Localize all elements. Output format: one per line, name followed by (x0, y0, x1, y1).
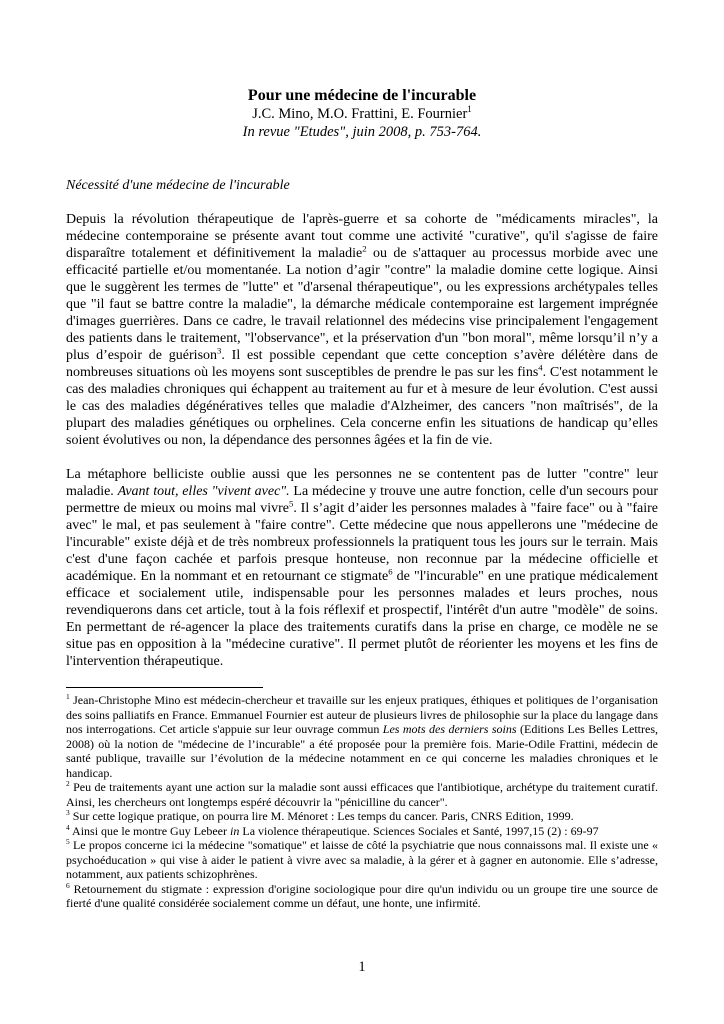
footnote-separator-rule (66, 687, 263, 688)
footnotes-section: 1 Jean-Christophe Mino est médecin-cherc… (66, 693, 658, 911)
section-heading: Nécessité d'une médecine de l'incurable (66, 177, 658, 195)
text-run: de "l'incurable" en une pratique médical… (66, 569, 658, 669)
italic-text-run: in (230, 824, 239, 838)
document-page: Pour une médecine de l'incurable J.C. Mi… (0, 0, 724, 1024)
body-paragraph: La métaphore belliciste oublie aussi que… (66, 466, 658, 670)
footnote: 6 Retournement du stigmate : expression … (66, 882, 658, 911)
text-run: ou de s'attaquer au processus morbide av… (66, 246, 658, 363)
italic-text-run: Les mots des derniers soins (383, 722, 517, 736)
text-run: Sur cette logique pratique, on pourra li… (70, 809, 574, 823)
italic-text-run: Avant tout, elles "vivent avec". (118, 484, 290, 499)
body-paragraph: Depuis la révolution thérapeutique de l'… (66, 211, 658, 449)
authors-footnote-ref: 1 (467, 104, 472, 114)
page-number: 1 (0, 958, 724, 976)
body-paragraphs: Depuis la révolution thérapeutique de l'… (66, 211, 658, 670)
text-run: Le propos concerne ici la médecine "soma… (66, 838, 658, 881)
text-run: Ainsi que le montre Guy Lebeer (70, 824, 230, 838)
footnote: 3 Sur cette logique pratique, on pourra … (66, 809, 658, 824)
authors-line: J.C. Mino, M.O. Frattini, E. Fournier1 (66, 105, 658, 123)
page-title: Pour une médecine de l'incurable (66, 86, 658, 105)
footnote: 2 Peu de traitements ayant une action su… (66, 780, 658, 809)
authors-names: J.C. Mino, M.O. Frattini, E. Fournier (252, 106, 467, 122)
footnote: 4 Ainsi que le montre Guy Lebeer in La v… (66, 824, 658, 839)
footnote: 5 Le propos concerne ici la médecine "so… (66, 838, 658, 882)
text-run: Peu de traitements ayant une action sur … (66, 780, 658, 809)
publication-line: In revue "Etudes", juin 2008, p. 753-764… (66, 123, 658, 141)
text-run: Retournement du stigmate : expression d'… (66, 882, 658, 911)
document-header: Pour une médecine de l'incurable J.C. Mi… (66, 86, 658, 141)
text-run: La violence thérapeutique. Sciences Soci… (239, 824, 598, 838)
footnote: 1 Jean-Christophe Mino est médecin-cherc… (66, 693, 658, 780)
